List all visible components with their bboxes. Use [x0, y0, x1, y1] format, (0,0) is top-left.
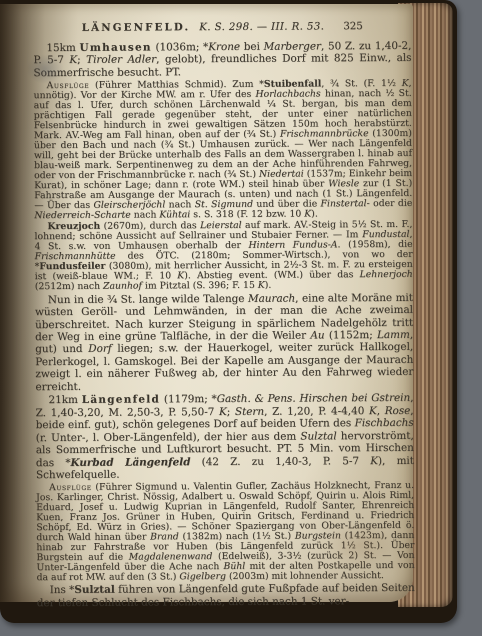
text-segment: 15km — [46, 42, 79, 54]
paragraph: Nun in die ¾ St. lange wilde Talenge Mau… — [35, 292, 414, 394]
running-title: LÄNGENFELD. — [82, 21, 191, 34]
paragraph: Ausflüge (Führer Sigmund u. Valentin Guf… — [36, 481, 415, 583]
paragraphs: 15km Umhausen (1036m; *Krone bei Marberg… — [33, 40, 414, 609]
text-segment: (1179m; * — [160, 394, 217, 406]
text-segment: ). — [311, 208, 318, 219]
text-segment: Ins * — [50, 584, 75, 596]
text-segment: oder die — [370, 198, 413, 209]
text-segment: Lamm — [377, 329, 410, 341]
route-reference: K. S. 298. — III. R. 53. — [199, 21, 324, 33]
text-segment: , Z. 1,20, P. 4-4,40 — [264, 405, 369, 418]
text-segment: Tiroler Adler — [86, 54, 156, 66]
text-segment: (r. Unter-, l. Ober-Längenfeld), der hie… — [36, 430, 301, 444]
paragraph: Ausflüge (Führer Matthias Schmid). Zum *… — [34, 79, 413, 221]
page-number: 325 — [343, 21, 363, 32]
text-segment: Fischbachs — [355, 417, 414, 429]
page-header: LÄNGENFELD. K. S. 298. — III. R. 53. 325 — [33, 20, 411, 34]
text-segment: Au — [310, 329, 324, 341]
text-segment: im Pitztal (S. 396; F. 15 — [142, 280, 258, 292]
text-segment: ; — [77, 54, 86, 66]
text-segment: K — [304, 208, 311, 219]
text-segment: Umhausen — [79, 41, 151, 53]
paragraph: 21km Längenfeld (1179m; *Gasth. & Pens. … — [35, 392, 414, 481]
text-segment: nach — [131, 209, 160, 220]
text-segment: (1036m; * — [152, 41, 209, 53]
text-segment: Längenfeld — [82, 394, 160, 406]
text-segment: (42 Z. zu 1,40-3, P. 5-7 — [190, 455, 370, 468]
text-segment: K — [69, 54, 77, 66]
text-segment: Gigelberg — [179, 571, 226, 582]
text-segment: 21km — [48, 394, 81, 406]
paragraph: 15km Umhausen (1036m; *Krone bei Marberg… — [33, 40, 411, 80]
text-segment: Sulztal — [74, 584, 114, 596]
text-segment: bei — [240, 41, 264, 53]
paragraph: Ins *Sulztal führen von Längenfeld gute … — [37, 582, 415, 609]
text-segment: Stern — [235, 406, 264, 418]
text-segment: (2512m) nach — [35, 281, 103, 292]
text-segment: K — [258, 280, 265, 291]
page-text: LÄNGENFELD. K. S. 298. — III. R. 53. 325… — [33, 20, 415, 609]
text-segment: Marberger — [264, 40, 321, 52]
text-segment: Zaunhof — [103, 281, 142, 292]
text-segment: Kurbad Längenfeld — [70, 456, 190, 469]
text-segment: (1152m; — [325, 329, 378, 341]
text-segment: Niederreich-Scharte — [34, 209, 130, 221]
text-segment: (2003m) mit lohnender Aussicht. — [226, 570, 384, 582]
text-segment: K — [370, 455, 378, 467]
text-segment: Nun in die ¾ St. lange wilde Talenge — [48, 293, 248, 306]
text-segment: Maurach — [248, 292, 295, 304]
text-segment: Krone — [208, 41, 240, 53]
text-segment: Finstertal- — [320, 198, 369, 209]
text-segment: ). — [265, 280, 272, 291]
book-page: LÄNGENFELD. K. S. 298. — III. R. 53. 325… — [0, 4, 413, 602]
text-segment: s. S. 318 (F. 12 bzw. 10 — [190, 208, 304, 220]
text-segment: Dorf — [88, 343, 111, 355]
paragraph: Kreuzjoch (2670m), durch das Leierstal a… — [34, 220, 412, 292]
text-segment: Lehnerjoch — [360, 269, 413, 280]
photo-backdrop: LÄNGENFELD. K. S. 298. — III. R. 53. 325… — [0, 0, 482, 636]
text-segment: Kühtai — [159, 209, 190, 220]
text-segment: Sulztal — [300, 430, 336, 442]
text-segment: Rose — [385, 405, 411, 417]
text-segment: , — [377, 405, 385, 417]
text-segment: Gasth. & Pens. Hirschen bei Gstrein — [217, 392, 411, 405]
book: LÄNGENFELD. K. S. 298. — III. R. 53. 325… — [0, 0, 457, 623]
